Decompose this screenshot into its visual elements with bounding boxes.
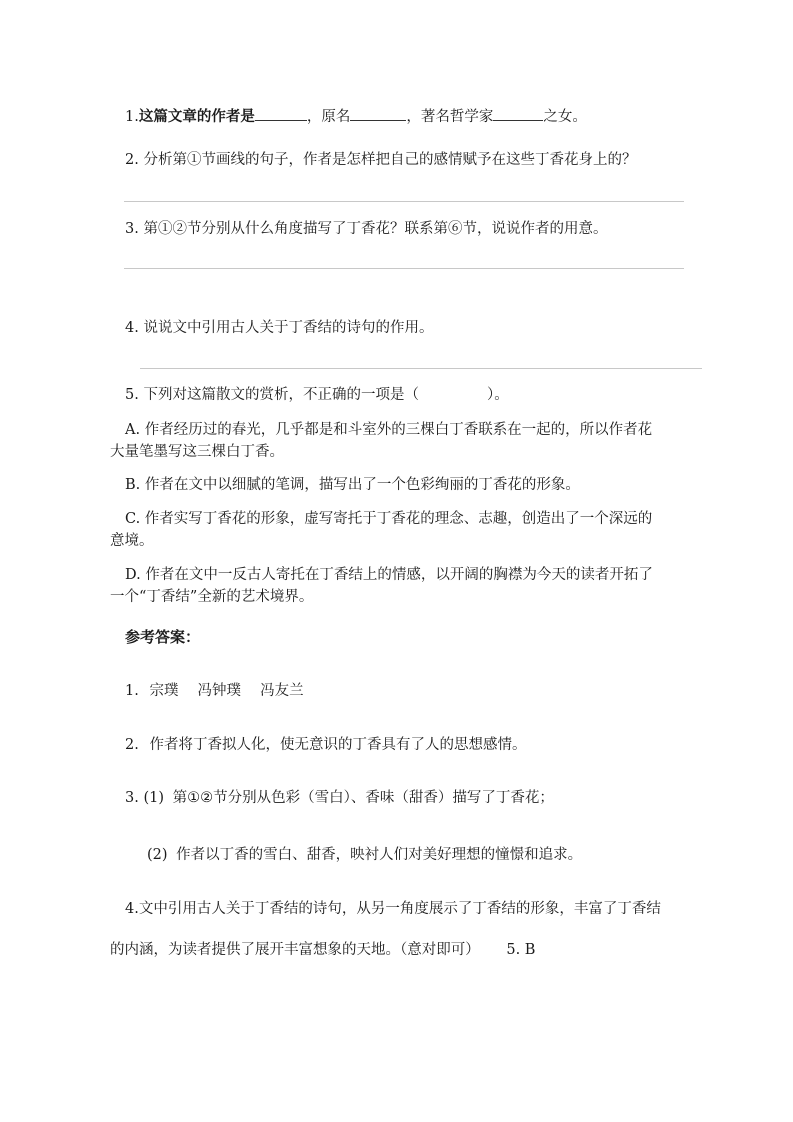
question-3: 3. 第①②节分别从什么角度描写了丁香花？联系第⑥节，说说作者的用意。 — [125, 219, 607, 239]
question-1-suffix: 之女。 — [543, 109, 587, 125]
option-d-line-2: 一个“丁香结”全新的艺术境界。 — [110, 587, 313, 607]
answer-blank-original-name[interactable] — [350, 106, 406, 121]
answer-2-text: 作者将丁香拟人化，使无意识的丁香具有了人的思想感情。 — [149, 737, 526, 753]
question-1: 1.这篇文章的作者是，原名，著名哲学家之女。 — [125, 106, 587, 127]
answer-1-number: 1. — [125, 683, 139, 699]
question-1-number: 1. — [125, 109, 139, 125]
answer-3-text-1: 第①②节分别从色彩（雪白）、香味（甜香）描写了丁香花； — [173, 790, 554, 806]
answer-3-number: 3. (1) — [125, 790, 164, 806]
answer-blank-author[interactable] — [255, 106, 307, 121]
answer-3-sub-number: (2) — [147, 847, 168, 863]
option-a-line-1: A. 作者经历过的春光，几乎都是和斗室外的三棵白丁香联系在一起的，所以作者花 — [125, 420, 652, 440]
option-b-line-1: B. 作者在文中以细腻的笔调，描写出了一个色彩绚丽的丁香花的形象。 — [125, 475, 580, 495]
answer-4-text-2: 的内涵，为读者提供了展开丰富想象的天地。（意对即可） — [110, 942, 480, 958]
answers-heading: 参考答案： — [125, 627, 200, 647]
answer-blank-philosopher[interactable] — [493, 106, 543, 121]
question-5-stem-end: ）。 — [487, 387, 509, 403]
answer-1-text: 宗璞 冯钟璞 冯友兰 — [149, 683, 303, 699]
option-a-line-2: 大量笔墨写这三棵白丁香。 — [110, 442, 284, 462]
answer-4-line-2: 的内涵，为读者提供了展开丰富想象的天地。（意对即可） 5. B — [110, 940, 535, 960]
answer-4-number: 4. — [125, 901, 139, 917]
answer-3-part-1: 3. (1) 第①②节分别从色彩（雪白）、香味（甜香）描写了丁香花； — [125, 788, 554, 808]
question-4: 4. 说说文中引用古人关于丁香结的诗句的作用。 — [125, 318, 433, 338]
answer-4-line-1: 4.文中引用古人关于丁香结的诗句，从另一角度展示了丁香结的形象，丰富了丁香结 — [125, 899, 661, 919]
answer-line-q3[interactable] — [124, 268, 684, 269]
answer-3-text-2: 作者以丁香的雪白、甜香，映衬人们对美好理想的憧憬和追求。 — [176, 847, 582, 863]
answer-line-q4[interactable] — [140, 368, 702, 369]
question-1-prefix: 这篇文章的作者是 — [139, 109, 255, 125]
answer-5: 5. B — [506, 942, 535, 958]
question-1-mid1: ，原名 — [307, 109, 351, 125]
option-d-line-1: D. 作者在文中一反古人寄托在丁香结上的情感，以开阔的胸襟为今天的读者开拓了 — [125, 565, 653, 585]
answer-2-number: 2. — [125, 737, 139, 753]
answer-3-part-2: (2) 作者以丁香的雪白、甜香，映衬人们对美好理想的憧憬和追求。 — [147, 845, 582, 865]
question-5-stem: 5. 下列对这篇散文的赏析，不正确的一项是（）。 — [125, 385, 509, 405]
answer-2: 2. 作者将丁香拟人化，使无意识的丁香具有了人的思想感情。 — [125, 735, 526, 755]
option-c-line-2: 意境。 — [110, 531, 154, 551]
option-c-line-1: C. 作者实写丁香花的形象，虚写寄托于丁香花的理念、志趣，创造出了一个深远的 — [125, 509, 652, 529]
answer-1: 1. 宗璞 冯钟璞 冯友兰 — [125, 681, 304, 701]
answer-line-q2[interactable] — [124, 201, 684, 202]
question-2: 2. 分析第①节画线的句子，作者是怎样把自己的感情赋予在这些丁香花身上的？ — [125, 150, 636, 170]
question-5-stem-text: 5. 下列对这篇散文的赏析，不正确的一项是（ — [125, 387, 419, 403]
question-1-mid2: ，著名哲学家 — [406, 109, 493, 125]
answer-4-text-1: 文中引用古人关于丁香结的诗句，从另一角度展示了丁香结的形象，丰富了丁香结 — [139, 901, 661, 917]
